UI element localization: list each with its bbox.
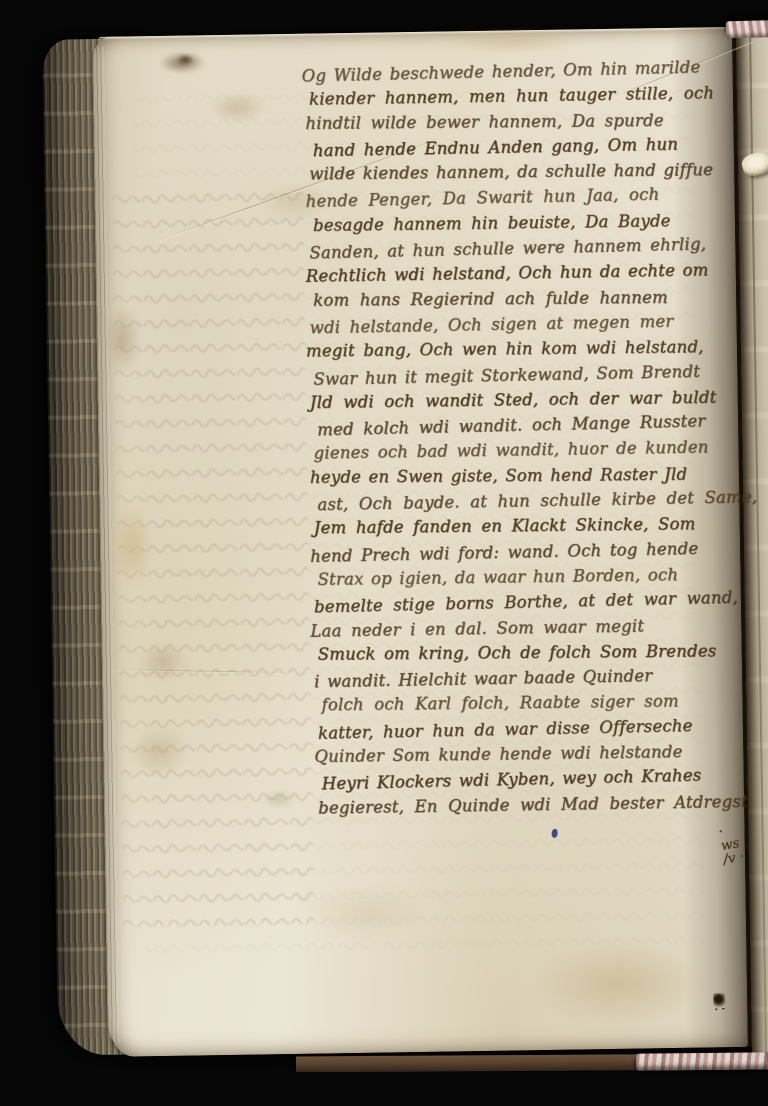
- endband-top: [726, 20, 768, 38]
- manuscript-photo: Og Wilde beschwede hender, Om hin marild…: [0, 0, 768, 1106]
- book: Og Wilde beschwede hender, Om hin marild…: [30, 26, 768, 1058]
- photo-background: [0, 1072, 768, 1106]
- ink-blot: [713, 993, 725, 1008]
- endband-bottom: [636, 1052, 768, 1070]
- manuscript-page: Og Wilde beschwede hender, Om hin marild…: [92, 27, 748, 1057]
- text-block: Og Wilde beschwede hender, Om hin marild…: [304, 54, 768, 821]
